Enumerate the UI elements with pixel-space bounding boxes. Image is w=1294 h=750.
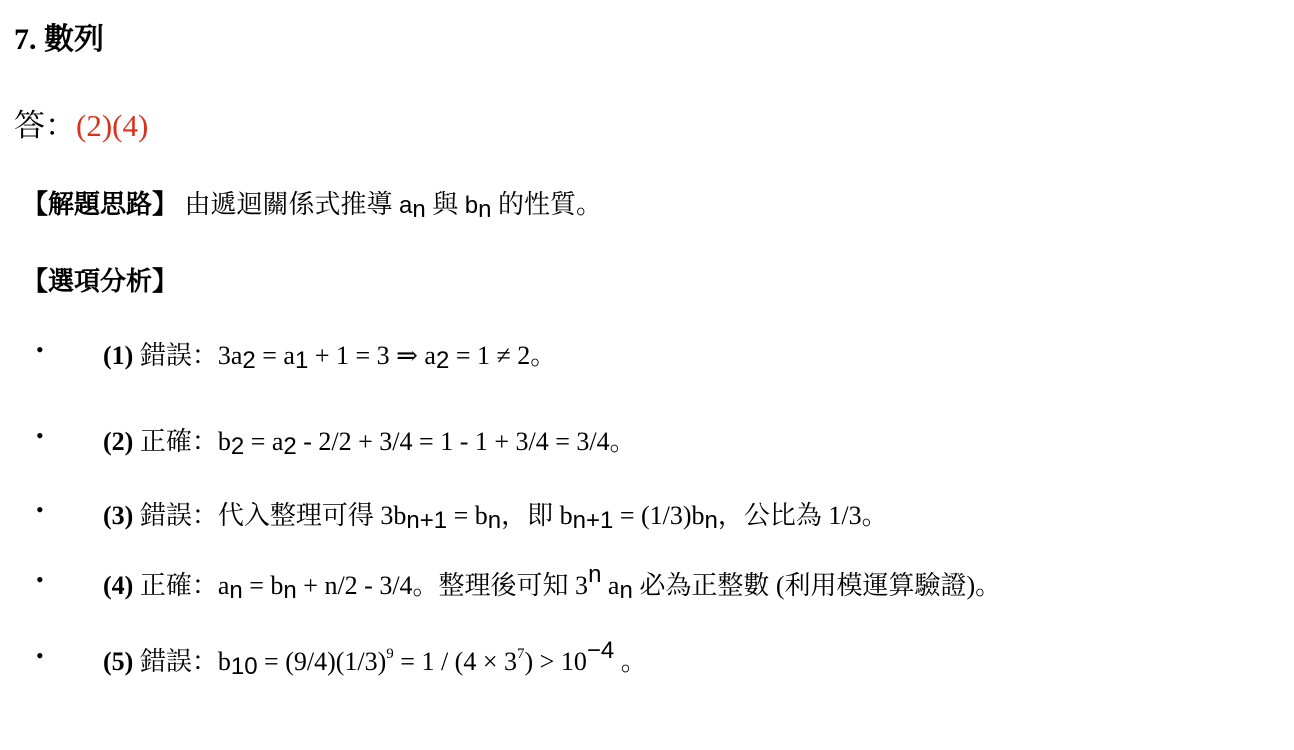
option-verdict: 錯誤： — [133, 647, 218, 676]
math-sub: 10 — [231, 653, 258, 680]
option-number: (1) — [103, 341, 133, 370]
math-text: = a — [256, 341, 295, 370]
math-sub: n — [619, 577, 632, 604]
hint-sub-b: n — [478, 196, 491, 223]
math-sub: 2 — [283, 433, 296, 460]
math-text: = b — [447, 501, 488, 530]
math-sub: 2 — [436, 347, 449, 374]
math-text: ，公比為 1/3。 — [718, 501, 888, 530]
section-heading: 【選項分析】 — [22, 261, 178, 298]
math-text: a — [601, 571, 619, 600]
option-body: (2) 正確：b2 = a2 - 2/2 + 3/4 = 1 - 1 + 3/4… — [103, 421, 636, 458]
bullet-icon: • — [36, 567, 44, 593]
option-verdict: 錯誤： — [133, 341, 218, 370]
math-text: 代入整理可得 3b — [218, 501, 407, 530]
math-text: 必為正整數 (利用模運算驗證)。 — [633, 571, 1001, 600]
option-body: (1) 錯誤：3a2 = a1 + 1 = 3 ⇒ a2 = 1 ≠ 2。 — [103, 335, 556, 372]
option-verdict: 正確： — [133, 571, 218, 600]
math-sub: n+1 — [573, 507, 614, 534]
math-sup: 7 — [517, 646, 525, 662]
math-sub: n — [283, 577, 296, 604]
math-text: - 2/2 + 3/4 = 1 - 1 + 3/4 = 3/4。 — [297, 427, 636, 456]
math-text: 3a — [218, 341, 243, 370]
math-text: = (1/3)b — [613, 501, 704, 530]
option-body: (5) 錯誤：b10 = (9/4)(1/3)9 = 1 / (4 × 37) … — [103, 641, 647, 678]
math-text: ) > 10 — [525, 647, 587, 676]
option-number: (4) — [103, 571, 133, 600]
hint-var-a: a — [399, 192, 412, 219]
math-text: b — [218, 427, 231, 456]
hint-var-b: b — [465, 192, 478, 219]
math-sub: 2 — [242, 347, 255, 374]
math-text: = a — [244, 427, 283, 456]
math-text: ，即 b — [501, 501, 573, 530]
option-body: (3) 錯誤：代入整理可得 3bn+1 = bn，即 bn+1 = (1/3)b… — [103, 495, 888, 532]
math-sub: 2 — [231, 433, 244, 460]
option-number: (2) — [103, 427, 133, 456]
math-text: b — [218, 647, 231, 676]
math-text: 。 — [614, 647, 647, 676]
question-title: 7. 數列 — [14, 14, 104, 58]
math-sub: 1 — [295, 347, 308, 374]
bullet-icon: • — [36, 337, 44, 363]
math-text: = 1 ≠ 2。 — [449, 341, 556, 370]
math-text: = 1 / (4 × 3 — [394, 647, 517, 676]
answer-line: 答：(2)(4) — [14, 100, 148, 145]
solution-hint: 【解題思路】 由遞迴關係式推導 an 與 bn 的性質。 — [22, 184, 602, 221]
math-sub: n — [705, 507, 718, 534]
option-verdict: 錯誤： — [133, 501, 218, 530]
option-number: (5) — [103, 647, 133, 676]
answer-label: 答： — [14, 108, 76, 143]
hint-text: 與 — [426, 190, 465, 219]
hint-label: 【解題思路】 — [22, 190, 178, 219]
math-sup: −4 — [587, 637, 614, 664]
option-body: (4) 正確：an = bn + n/2 - 3/4。整理後可知 3n an 必… — [103, 565, 1001, 602]
math-sub: n — [488, 507, 501, 534]
math-sup: 9 — [386, 646, 394, 662]
option-verdict: 正確： — [133, 427, 218, 456]
bullet-icon: • — [36, 643, 44, 669]
math-sub: n — [229, 577, 242, 604]
math-text: = b — [243, 571, 284, 600]
hint-text: 的性質。 — [491, 190, 602, 219]
math-sup: n — [588, 561, 601, 588]
math-text: a — [218, 571, 230, 600]
answer-value: (2)(4) — [76, 108, 148, 143]
hint-text: 由遞迴關係式推導 — [178, 190, 399, 219]
math-sub: n+1 — [406, 507, 447, 534]
hint-sub-a: n — [412, 196, 425, 223]
math-text: + n/2 - 3/4。整理後可知 3 — [297, 571, 588, 600]
bullet-icon: • — [36, 423, 44, 449]
option-number: (3) — [103, 501, 133, 530]
math-text: = (9/4)(1/3) — [258, 647, 387, 676]
bullet-icon: • — [36, 497, 44, 523]
math-text: + 1 = 3 ⇒ a — [308, 341, 436, 370]
